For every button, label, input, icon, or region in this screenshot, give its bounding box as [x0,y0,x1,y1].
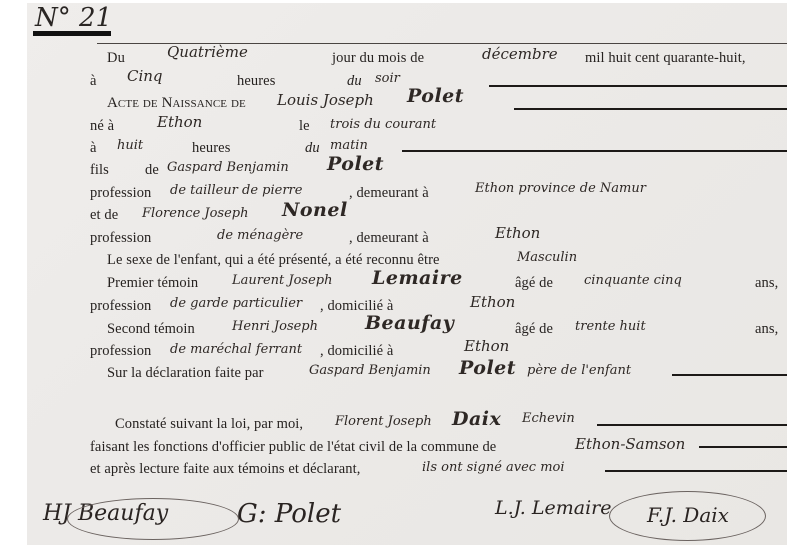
label-domicilie-w2: , domicilié à [320,343,393,360]
field-witness2-profession: de maréchal ferrant [170,342,302,357]
field-day: Quatrième [167,43,248,61]
label-le: le [299,118,310,135]
field-witness2-residence: Ethon [464,337,509,355]
label-age-1: âgé de [515,275,553,292]
field-witness1-surname: Lemaire [372,267,463,289]
field-witness1-profession: de garde particulier [170,296,302,311]
field-officer-title: Echevin [522,411,575,426]
label-a: à [90,73,97,90]
field-birth-date: trois du courant [330,117,436,132]
signature-flourish-1 [67,498,239,540]
label-heures-2: heures [192,140,230,157]
field-hour: Cinq [127,67,163,85]
label-second-temoin: Second témoin [107,321,195,338]
label-du: Du [107,50,125,67]
label-de: de [145,162,159,179]
field-child-surname: Polet [407,85,464,107]
field-period: soir [375,71,400,86]
field-witness1-age: cinquante cinq [584,273,682,288]
act-number-underline [33,31,111,36]
label-profession-mother: profession [90,230,151,247]
label-ne-a: né à [90,118,114,135]
label-profession-father: profession [90,185,151,202]
label-a-2: à [90,140,97,157]
field-father-residence: Ethon province de Namur [475,181,646,196]
label-demeurant-mother: , demeurant à [349,230,429,247]
birth-certificate-page: N° 21 Du Quatrième jour du mois de décem… [27,3,787,545]
field-witness2-surname: Beaufay [365,312,454,334]
label-profession-w2: profession [90,343,151,360]
field-birth-hour: huit [117,138,143,153]
label-ans-1: ans, [755,275,778,292]
label-demeurant-father: , demeurant à [349,185,429,202]
rule-l17 [699,446,787,448]
label-constate: Constaté suivant la loi, par moi, [115,416,303,433]
field-witness2-age: trente huit [575,319,646,334]
field-signed-note: ils ont signé avec moi [422,460,565,475]
label-age-2: âgé de [515,321,553,338]
label-profession-w1: profession [90,298,151,315]
field-father-surname: Polet [327,153,384,175]
field-child-name: Louis Joseph [277,91,374,109]
label-declaration: Sur la déclaration faite par [107,365,264,382]
label-lecture: et après lecture faite aux témoins et dé… [90,461,361,478]
field-witness1-name: Laurent Joseph [232,273,333,288]
field-mother-residence: Ethon [495,224,540,242]
rule-l3 [514,108,787,110]
field-father-name: Gaspard Benjamin [167,160,289,175]
label-acte-de-naissance: Acte de Naissance de [107,95,246,112]
label-jour-du-mois: jour du mois de [332,50,424,67]
field-declarant-surname: Polet [459,357,516,379]
field-birth-period: matin [330,138,368,153]
label-year: mil huit cent quarante-huit, [585,50,746,67]
act-number: N° 21 [35,3,112,33]
field-mother-profession: de ménagère [217,228,303,243]
field-month: décembre [482,45,558,63]
signature-flourish-2 [609,491,766,541]
field-officer-name: Florent Joseph [335,414,432,429]
rule-l2 [489,85,787,87]
field-mother-surname: Nonel [282,199,348,221]
label-et-de: et de [90,207,118,224]
label-fils: fils [90,162,109,179]
field-declarant-name: Gaspard Benjamin [309,363,431,378]
rule-l18 [605,470,787,472]
signature-lemaire: L.J. Lemaire [495,497,612,519]
label-premier-temoin: Premier témoin [107,275,198,292]
signature-polet: G: Polet [237,499,341,529]
label-fonctions: faisant les fonctions d'officier public … [90,439,496,456]
label-du-2: du [347,73,362,90]
field-mother-name: Florence Joseph [142,206,249,221]
field-witness1-residence: Ethon [470,293,515,311]
field-father-profession: de tailleur de pierre [170,183,302,198]
rule-l5 [402,150,787,152]
rule-l15 [672,374,787,376]
label-heures: heures [237,73,275,90]
field-birth-place: Ethon [157,113,202,131]
field-witness2-name: Henri Joseph [232,319,318,334]
field-officer-surname: Daix [452,408,501,430]
label-du-3: du [305,140,320,157]
label-ans-2: ans, [755,321,778,338]
rule-l16 [597,424,787,426]
field-commune: Ethon-Samson [575,435,685,453]
field-declarant-relation: père de l'enfant [527,363,631,378]
field-sex: Masculin [517,250,577,265]
